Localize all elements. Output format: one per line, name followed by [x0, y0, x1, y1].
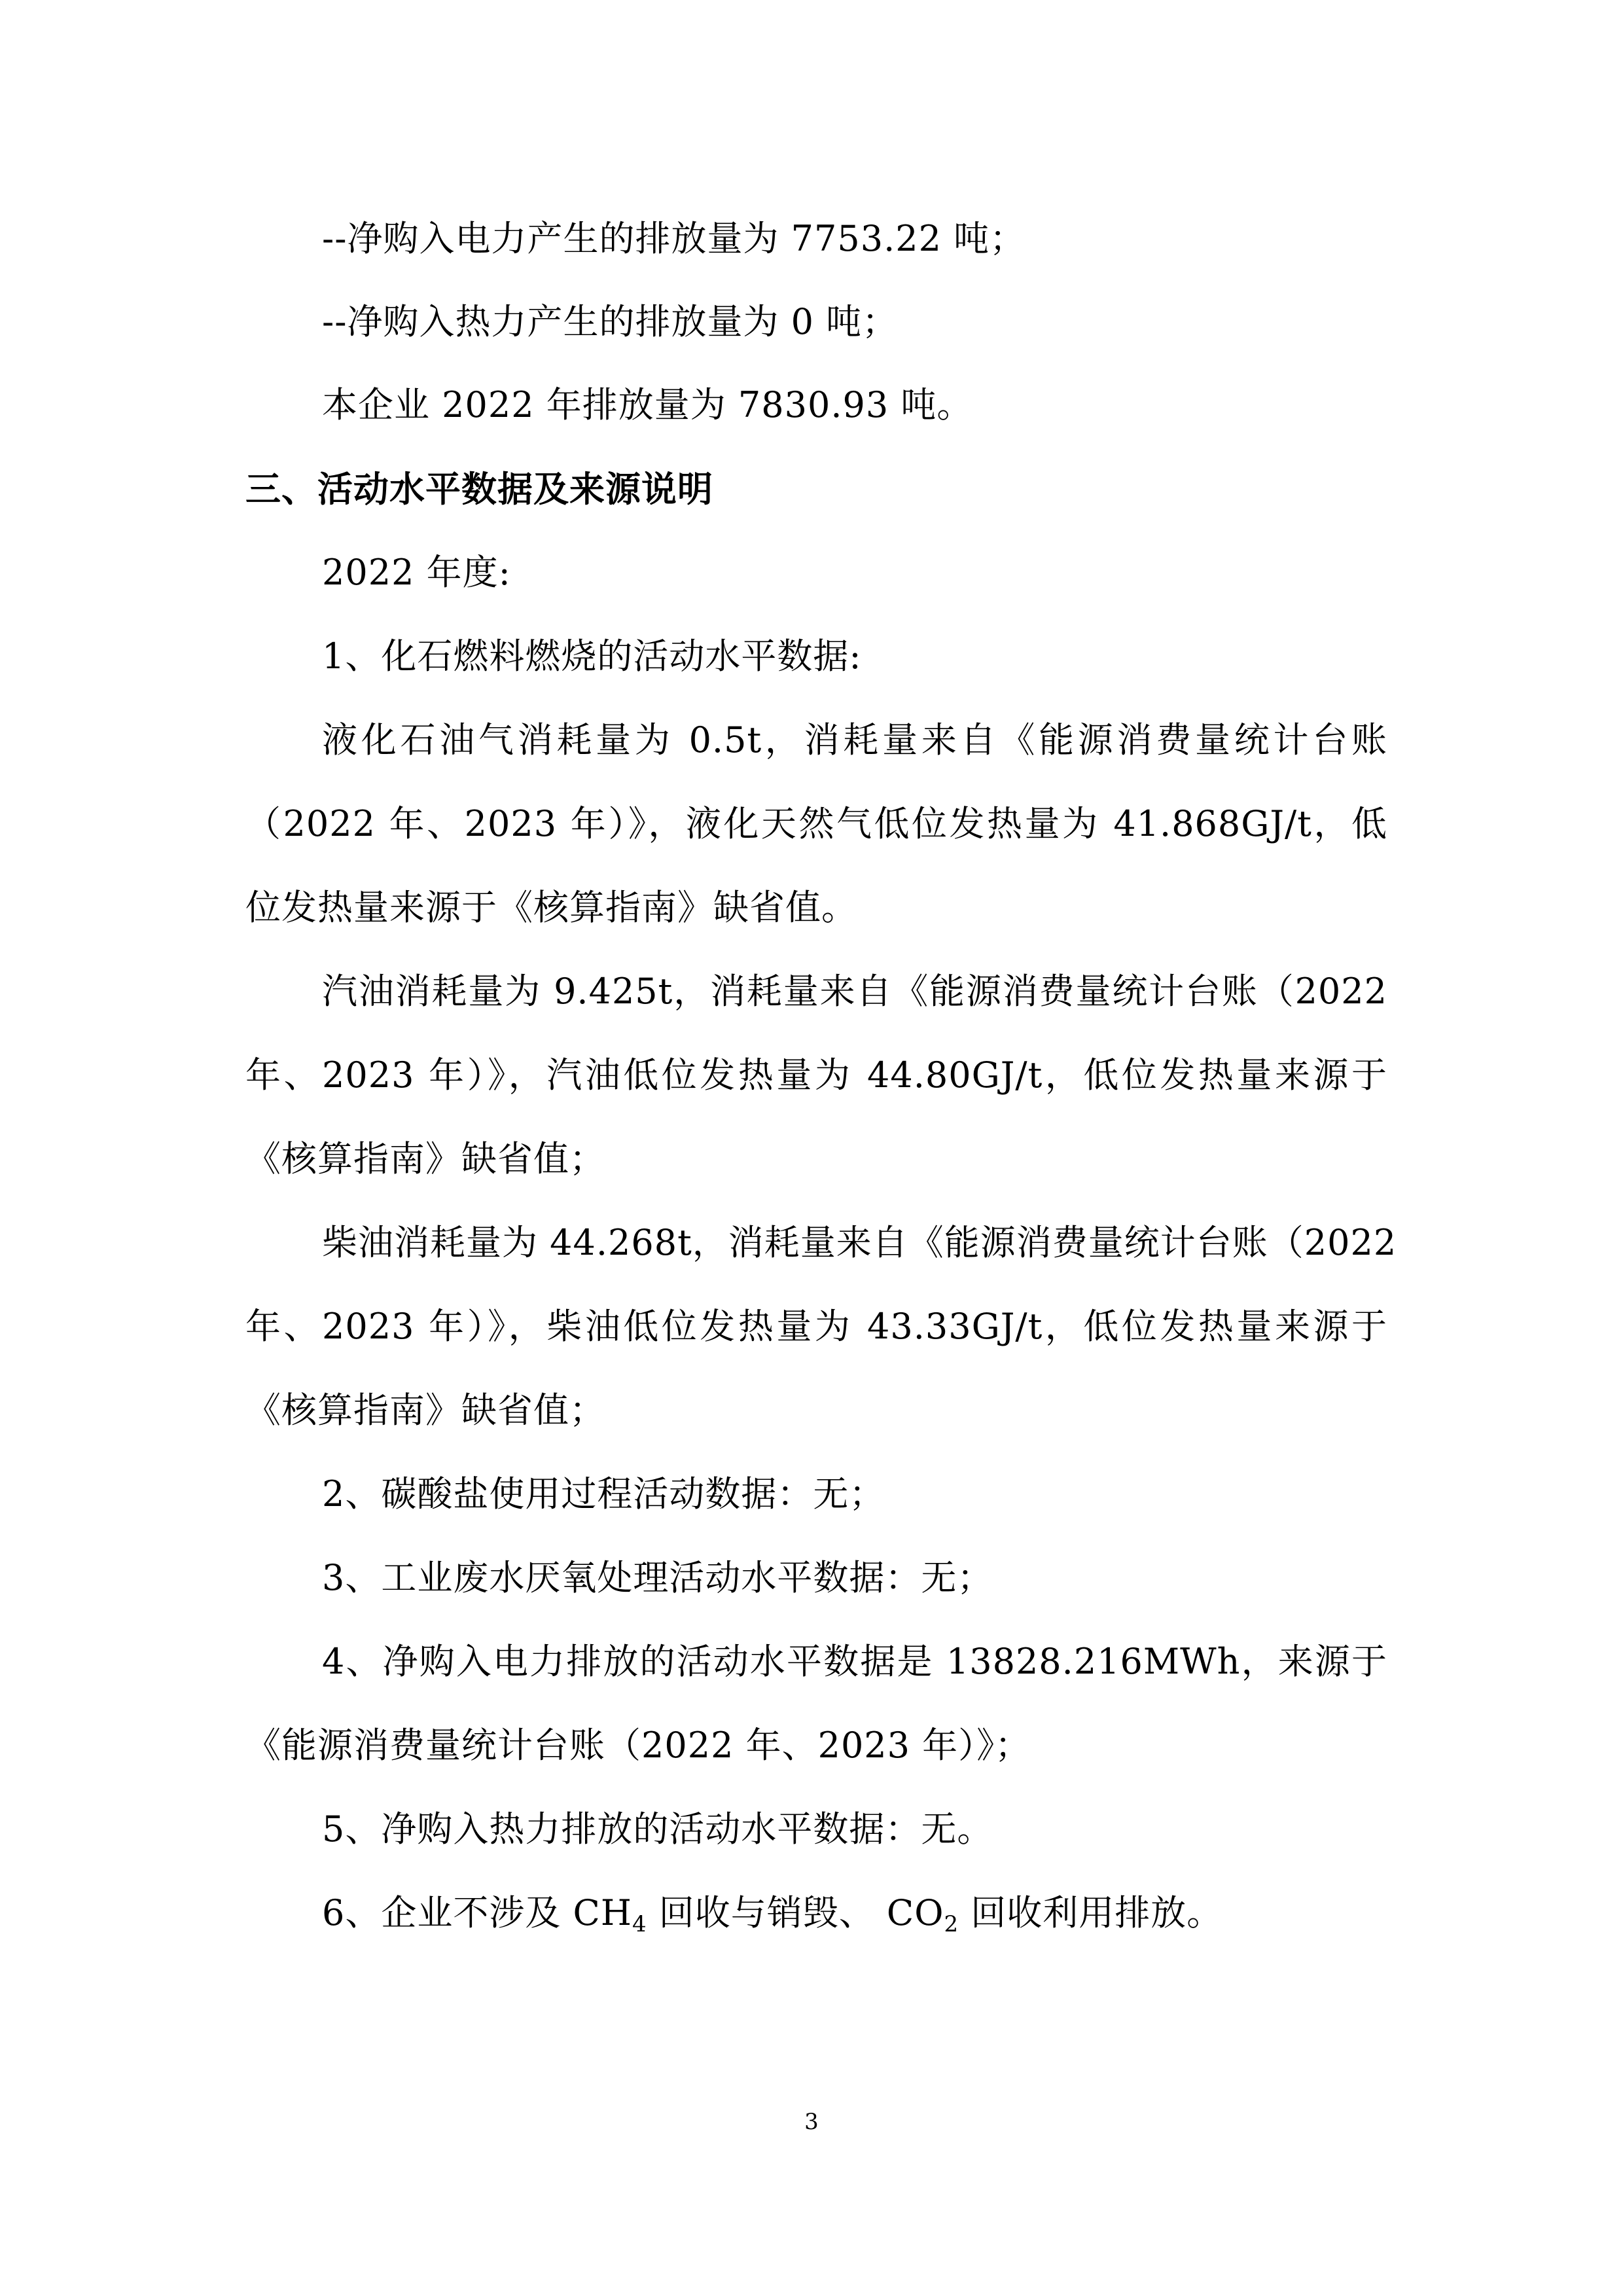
co2-subscript: 2 — [944, 1911, 959, 1937]
gasoline-line-2: 年、2023 年）》，汽油低位发热量为 44.80GJ/t，低位发热量来源于 — [245, 1054, 1387, 1097]
electricity-activity-line-1: 4、净购入电力排放的活动水平数据是 13828.216MWh，来源于 — [322, 1640, 1387, 1683]
fossil-fuel-item-title: 1、化石燃料燃烧的活动水平数据: — [322, 635, 1387, 678]
heat-emissions-line: --净购入热力产生的排放量为 0 吨； — [322, 300, 1387, 344]
lpg-line-3: 位发热量来源于《核算指南》缺省值。 — [245, 886, 1387, 929]
gasoline-line-3: 《核算指南》缺省值； — [245, 1138, 1387, 1181]
carbonate-item: 2、碳酸盐使用过程活动数据：无； — [322, 1473, 1387, 1516]
lpg-line-2: （2022 年、2023 年）》，液化天然气低位发热量为 41.868GJ/t，… — [245, 802, 1387, 846]
electricity-activity-line-2: 《能源消费量统计台账（2022 年、2023 年）》； — [245, 1724, 1387, 1767]
section-heading: 三、活动水平数据及来源说明 — [245, 467, 1387, 511]
lpg-line-1: 液化石油气消耗量为 0.5t，消耗量来自《能源消费量统计台账 — [322, 719, 1387, 762]
recovery-item-middle: 回收与销毁、 CO — [647, 1892, 944, 1933]
recovery-item-prefix: 6、企业不涉及 CH — [322, 1892, 632, 1933]
diesel-line-3: 《核算指南》缺省值； — [245, 1389, 1387, 1432]
diesel-line-1: 柴油消耗量为 44.268t，消耗量来自《能源消费量统计台账（2022 — [322, 1221, 1387, 1265]
gasoline-line-1: 汽油消耗量为 9.425t，消耗量来自《能源消费量统计台账（2022 — [322, 970, 1387, 1013]
year-label: 2022 年度: — [322, 551, 1387, 594]
document-page: --净购入电力产生的排放量为 7753.22 吨； --净购入热力产生的排放量为… — [0, 0, 1623, 2296]
page-number: 3 — [0, 2109, 1623, 2135]
heat-activity-item: 5、净购入热力排放的活动水平数据：无。 — [322, 1808, 1387, 1851]
recovery-item-suffix: 回收利用排放。 — [959, 1892, 1222, 1933]
diesel-line-2: 年、2023 年）》，柴油低位发热量为 43.33GJ/t，低位发热量来源于 — [245, 1305, 1387, 1348]
total-emissions-line: 本企业 2022 年排放量为 7830.93 吨。 — [322, 384, 1387, 427]
ch4-subscript: 4 — [632, 1911, 647, 1937]
wastewater-item: 3、工业废水厌氧处理活动水平数据：无； — [322, 1556, 1387, 1600]
electricity-emissions-line: --净购入电力产生的排放量为 7753.22 吨； — [322, 217, 1387, 260]
recovery-item: 6、企业不涉及 CH4 回收与销毁、 CO2 回收利用排放。 — [322, 1892, 1387, 1935]
